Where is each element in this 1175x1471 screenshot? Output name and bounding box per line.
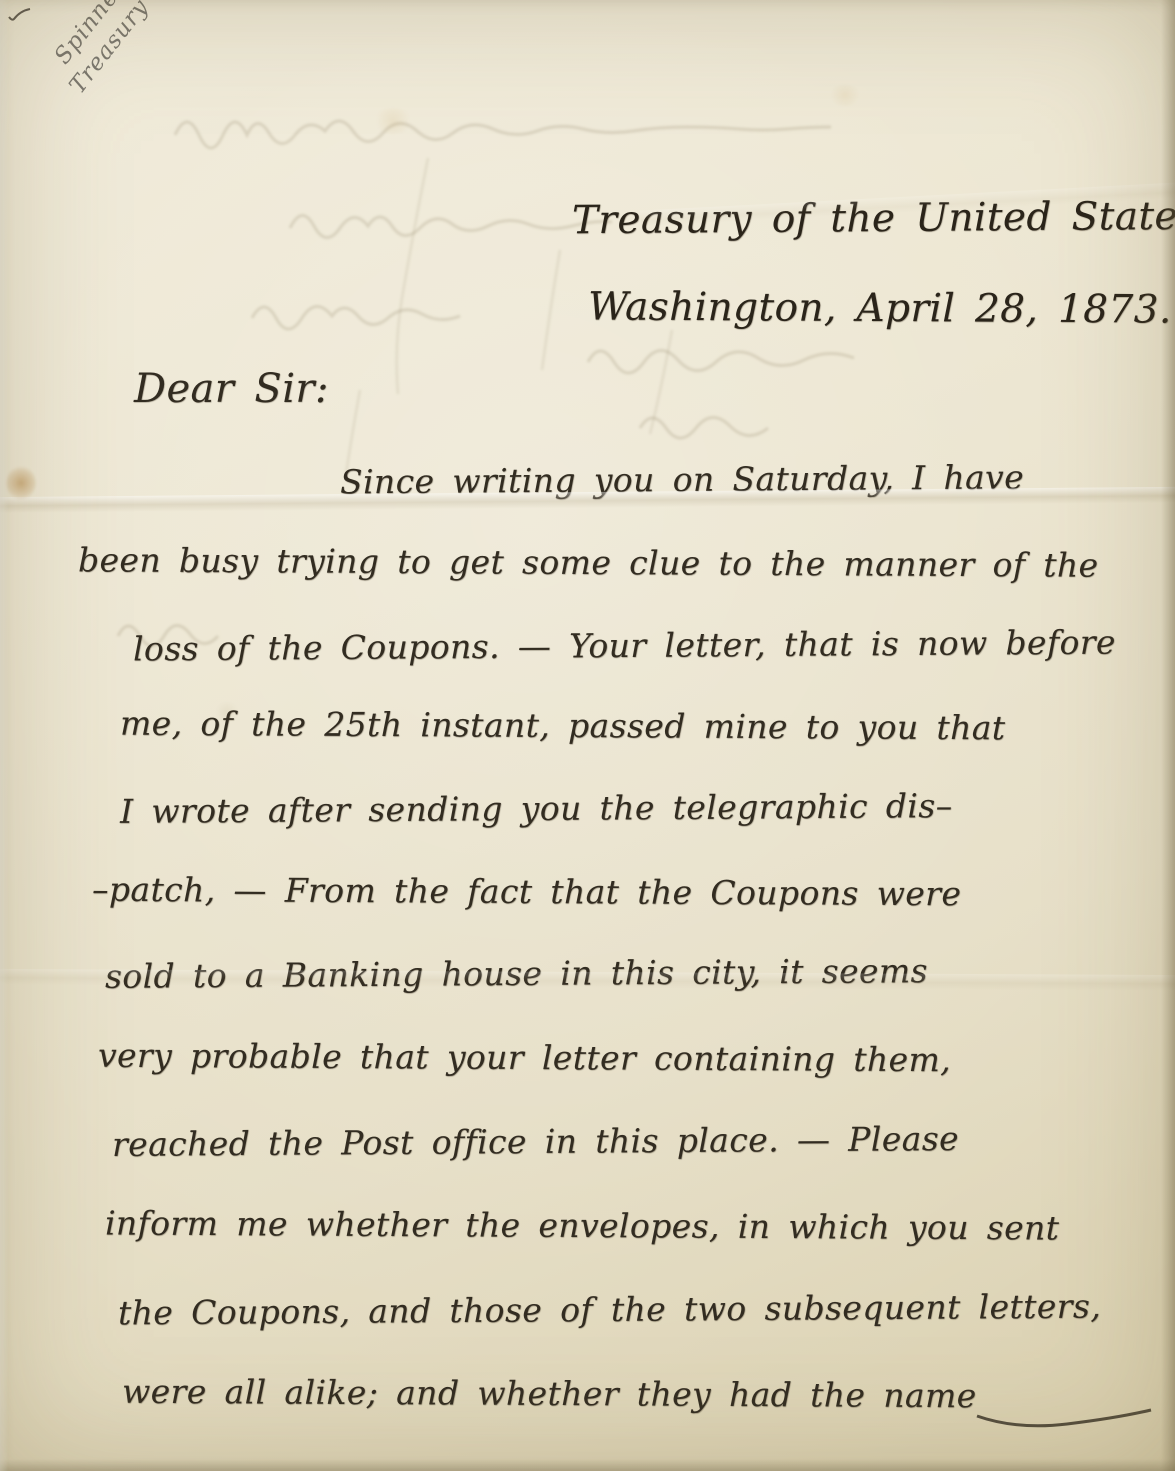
letter-line: Since writing you on Saturday, I have [340,458,1024,502]
letter-line: very probable that your letter containin… [98,1036,951,1079]
paper-stain [6,466,36,500]
paper-stain [828,84,862,106]
letter-line: sold to a Banking house in this city, it… [105,951,928,996]
letter-line: loss of the Coupons. — Your letter, that… [133,623,1116,669]
pencil-check-mark [6,6,32,24]
letter-line: were all alike; and whether they had the… [122,1372,977,1415]
letter-document: Spinner Treasury Treasury of the United … [0,0,1175,1471]
salutation: Dear Sir: [134,366,329,412]
letter-line: me, of the 25th instant, passed mine to … [120,704,1006,748]
letter-line: reached the Post office in this place. —… [112,1119,959,1164]
paper-edge [0,1459,1175,1471]
paper-edge [1161,0,1175,1471]
letter-line: the Coupons, and those of the two subseq… [118,1287,1101,1333]
paper-edge [0,0,8,1471]
letter-line: I wrote after sending you the telegraphi… [120,786,953,831]
pencil-annotation: Spinner Treasury [48,0,243,89]
letter-line: been busy trying to get some clue to the… [78,540,1099,584]
letter-line: –patch, — From the fact that the Coupons… [92,870,962,914]
letter-line: inform me whether the envelopes, in whic… [105,1204,1060,1248]
letterhead-line1: Treasury of the United States: [572,194,1175,243]
paper-stain [372,108,414,134]
pen-flourish [975,1398,1155,1428]
letterhead-dateline: Washington, April 28, 1873. [588,284,1172,332]
